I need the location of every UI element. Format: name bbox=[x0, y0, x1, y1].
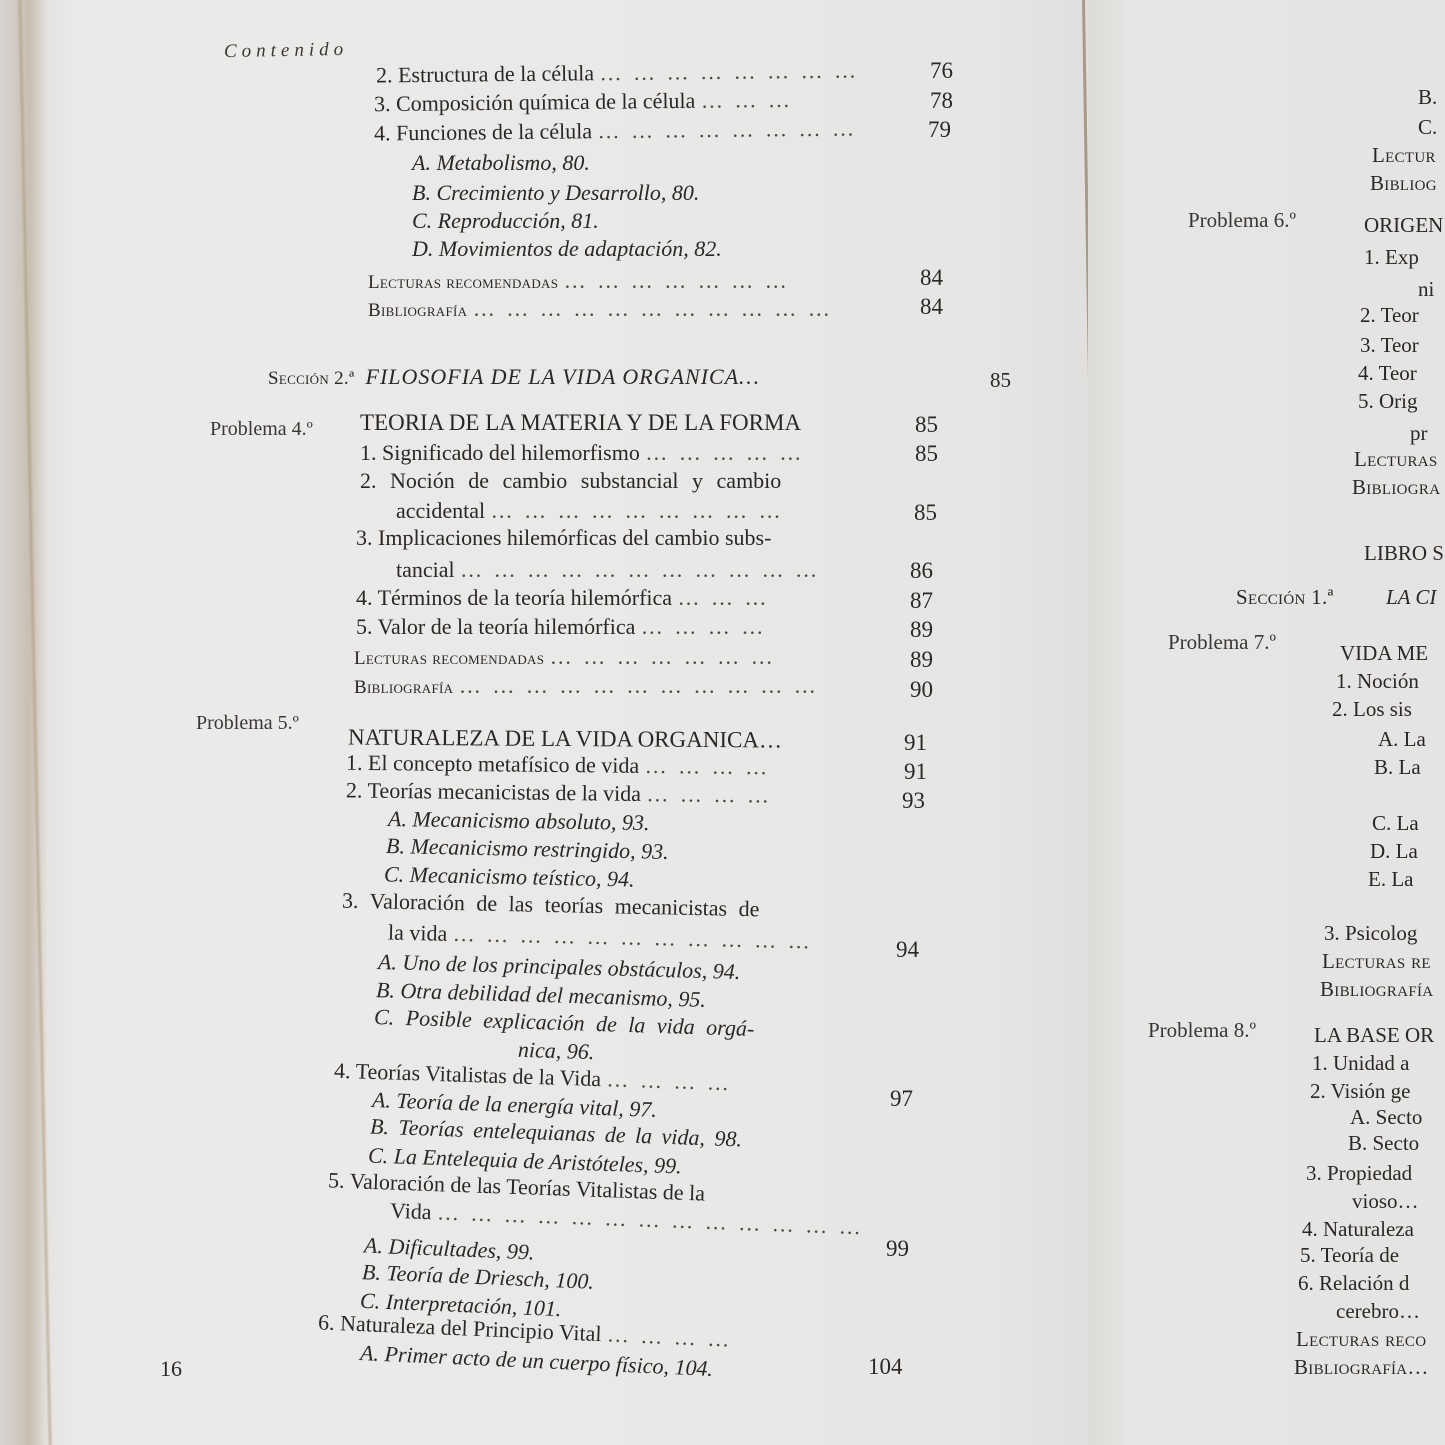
toc-fragment: 3. Propiedad bbox=[1306, 1160, 1412, 1186]
page-number: 94 bbox=[896, 937, 919, 963]
toc-fragment: ni bbox=[1418, 276, 1434, 302]
toc-entry: 5. Valor de la teoría hilemórfica … … … … bbox=[356, 614, 766, 640]
toc-fragment: 1. Noción bbox=[1336, 668, 1419, 694]
page-edge bbox=[17, 0, 53, 1445]
toc-fragment: Lecturas bbox=[1354, 446, 1438, 472]
toc-fragment: 1. Exp bbox=[1364, 244, 1419, 270]
toc-fragment: Bibliogra bbox=[1352, 474, 1440, 500]
toc-fragment: C. bbox=[1418, 114, 1437, 140]
problema-label: Problema 4.º bbox=[210, 418, 313, 441]
toc-fragment: Lectur bbox=[1372, 142, 1436, 168]
toc-entry-cont: accidental … … … … … … … … … bbox=[396, 498, 784, 524]
section-title: LA CI bbox=[1386, 584, 1436, 610]
toc-fragment: D. La bbox=[1370, 838, 1418, 864]
toc-subentry: B. Crecimiento y Desarrollo, 80. bbox=[412, 180, 699, 206]
toc-entry-cont: tancial … … … … … … … … … … … bbox=[396, 557, 820, 583]
toc-fragment: LA BASE OR bbox=[1314, 1022, 1434, 1048]
running-head: Contenido bbox=[224, 39, 349, 63]
section-label: Sección 1.ª bbox=[1236, 584, 1334, 610]
problema-title: TEORIA DE LA MATERIA Y DE LA FORMA bbox=[360, 410, 801, 436]
toc-entry: 2. Noción de cambio substancial y cambio bbox=[360, 468, 781, 494]
toc-fragment: vioso… bbox=[1352, 1188, 1419, 1214]
page-number: 104 bbox=[868, 1354, 903, 1380]
toc-fragment: pr bbox=[1410, 420, 1428, 446]
toc-fragment: 2. Los sis bbox=[1332, 696, 1412, 722]
toc-entry: 1. El concepto metafísico de vida … … … … bbox=[346, 750, 770, 780]
page-number: 86 bbox=[910, 558, 933, 584]
page-number: 87 bbox=[910, 588, 933, 614]
toc-subentry: C. Mecanicismo teístico, 94. bbox=[384, 861, 635, 892]
toc-fragment: 5. Orig bbox=[1358, 388, 1418, 414]
toc-fragment: 3. Teor bbox=[1360, 332, 1419, 358]
lecturas-entry: Lecturas recomendadas … … … … … … … bbox=[354, 644, 776, 672]
page-number: 79 bbox=[928, 117, 951, 143]
toc-fragment: 4. Naturaleza bbox=[1302, 1216, 1414, 1242]
page-folio: 16 bbox=[160, 1356, 182, 1382]
toc-entry: 4. Términos de la teoría hilemórfica … …… bbox=[356, 585, 770, 611]
toc-fragment: Bibliografía bbox=[1320, 976, 1433, 1002]
page-number: 89 bbox=[910, 647, 933, 673]
problema-label: Problema 5.º bbox=[196, 712, 299, 735]
bibliografia-entry: Bibliografía … … … … … … … … … … … bbox=[368, 296, 833, 324]
page-number: 97 bbox=[890, 1086, 913, 1112]
toc-fragment: Lecturas re bbox=[1322, 948, 1431, 974]
toc-subentry: C. Reproducción, 81. bbox=[412, 208, 599, 234]
toc-entry: 2. Estructura de la célula … … … … … … …… bbox=[376, 57, 859, 88]
page-number: 91 bbox=[904, 730, 927, 756]
toc-fragment: 6. Relación d bbox=[1298, 1270, 1409, 1296]
toc-fragment: B. Secto bbox=[1348, 1130, 1419, 1156]
page-number: 78 bbox=[930, 88, 953, 114]
toc-entry-cont: la vida … … … … … … … … … … … bbox=[388, 920, 813, 955]
toc-fragment: Bibliog bbox=[1370, 170, 1437, 196]
problema-label: Problema 6.º bbox=[1188, 208, 1296, 233]
lecturas-entry: Lecturas recomendadas … … … … … … … bbox=[368, 268, 790, 296]
toc-fragment: 4. Teor bbox=[1358, 360, 1417, 386]
page-number: 90 bbox=[910, 677, 933, 703]
page-number: 84 bbox=[920, 265, 943, 291]
section-heading: Sección 2.ª FILOSOFIA DE LA VIDA ORGANIC… bbox=[268, 364, 760, 392]
right-book-page: B. C. Lectur Bibliog Problema 6.º ORIGEN… bbox=[1088, 0, 1445, 1445]
page-number: 89 bbox=[910, 617, 933, 643]
toc-entry: 3. Valoración de las teorías mecanicista… bbox=[342, 888, 760, 923]
toc-fragment: C. La bbox=[1372, 810, 1419, 836]
page-number: 85 bbox=[915, 441, 938, 467]
problema-label: Problema 7.º bbox=[1168, 630, 1276, 655]
toc-fragment: 2. Teor bbox=[1360, 302, 1419, 328]
page-number: 85 bbox=[915, 412, 938, 438]
bibliografia-entry: Bibliografía … … … … … … … … … … … bbox=[354, 673, 819, 701]
page-number: 99 bbox=[886, 1236, 909, 1262]
toc-fragment: ORIGEN bbox=[1364, 212, 1443, 238]
page-number: 76 bbox=[930, 58, 953, 84]
toc-fragment: Lecturas reco bbox=[1296, 1326, 1426, 1352]
toc-fragment: E. La bbox=[1368, 866, 1413, 892]
toc-subentry: A. Mecanicismo absoluto, 93. bbox=[388, 806, 650, 836]
page-number: 85 bbox=[990, 368, 1011, 393]
toc-subentry: B. Mecanicismo restringido, 93. bbox=[386, 833, 669, 865]
toc-fragment: B. La bbox=[1374, 754, 1421, 780]
toc-entry: 3. Implicaciones hilemórficas del cambio… bbox=[356, 525, 771, 551]
toc-fragment: A. Secto bbox=[1350, 1104, 1422, 1130]
toc-fragment: VIDA ME bbox=[1340, 640, 1428, 666]
problema-title: NATURALEZA DE LA VIDA ORGANICA… bbox=[348, 724, 782, 753]
toc-fragment: 5. Teoría de bbox=[1300, 1242, 1399, 1268]
page-number: 84 bbox=[920, 294, 943, 320]
toc-entry: 2. Teorías mecanicistas de la vida … … …… bbox=[346, 777, 772, 808]
toc-entry: 4. Funciones de la célula … … … … … … … … bbox=[374, 115, 857, 146]
toc-entry: 1. Significado del hilemorfismo … … … … … bbox=[360, 440, 804, 466]
toc-entry: 3. Composición química de la célula … … … bbox=[374, 87, 793, 117]
problema-label: Problema 8.º bbox=[1148, 1018, 1256, 1043]
left-book-page: Contenido 2. Estructura de la célula … …… bbox=[0, 0, 1090, 1445]
toc-fragment: 1. Unidad a bbox=[1312, 1050, 1409, 1076]
toc-entry-cont: Vida … … … … … … … … … … … … … bbox=[390, 1198, 865, 1241]
toc-fragment: 2. Visión ge bbox=[1310, 1078, 1410, 1104]
toc-subentry: A. Metabolismo, 80. bbox=[412, 150, 590, 176]
toc-fragment: 3. Psicolog bbox=[1324, 920, 1417, 946]
toc-subentry-cont: nica, 96. bbox=[518, 1037, 595, 1065]
toc-fragment: B. bbox=[1418, 84, 1437, 110]
toc-subentry: D. Movimientos de adaptación, 82. bbox=[412, 236, 722, 262]
book-heading: LIBRO S bbox=[1364, 540, 1444, 566]
toc-fragment: Bibliografía… bbox=[1294, 1354, 1429, 1380]
page-number: 85 bbox=[914, 500, 937, 526]
toc-fragment: A. La bbox=[1378, 726, 1426, 752]
toc-fragment: cerebro… bbox=[1336, 1298, 1420, 1324]
page-number: 93 bbox=[902, 788, 925, 814]
page-number: 91 bbox=[904, 759, 927, 785]
